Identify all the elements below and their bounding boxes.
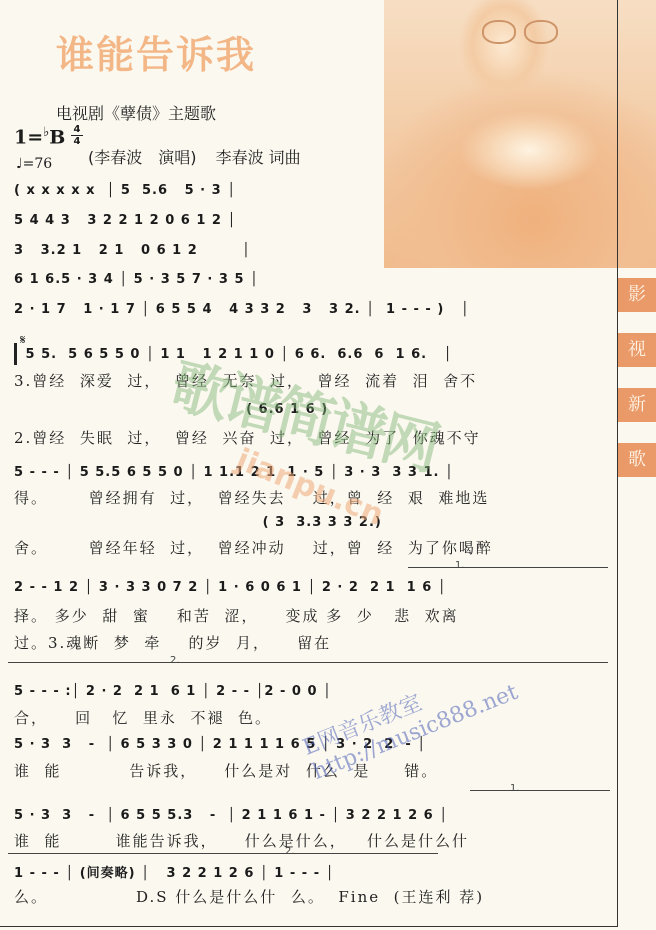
side-tab-ying: 影: [618, 278, 656, 312]
score-line-5: 2 · 1 7 1 · 1 7 │ 6 5 5 4 4 3 3 2 3 3 2.…: [14, 302, 470, 317]
sheet-music-page: 影 视 新 歌 谁能告诉我 电视剧《孽债》主题歌 1=♭B 4 4 ♩=76 (…: [0, 0, 656, 930]
score-line-3: 3 3.2 1 2 1 0 6 1 2 │: [14, 243, 251, 258]
score-line-1: ( x x x x x │ 5 5.6 5 · 3 │: [14, 183, 236, 198]
score-line-10: 2 - - 1 2 │ 3 · 3 3 0 7 2 │ 1 · 6 0 6 1 …: [14, 580, 447, 595]
singer-photo: [384, 0, 656, 268]
tempo-marking: ♩=76: [16, 156, 52, 172]
volta-label-2: 2.: [170, 655, 180, 666]
glasses-right-lens: [524, 20, 558, 44]
key-signature: 1=♭B: [14, 125, 65, 148]
volta-label-4: 2.: [285, 846, 295, 857]
page-frame-bottom: [0, 926, 618, 927]
lyric-line-9: 谁 能 谁能告诉我， 什么是什么， 什么是什么什: [14, 830, 469, 851]
score-line-13: 5 · 3 3 - │ 6 5 5 5.3 - │ 2 1 1 6 1 - │ …: [14, 808, 448, 823]
time-signature-bottom: 4: [71, 135, 83, 147]
volta-label-3: 1.: [510, 783, 520, 794]
score-line-14: 1 - - - │ (间奏略) │ 3 2 2 1 2 6 │ 1 - - - …: [14, 862, 334, 881]
side-tab-shi: 视: [618, 333, 656, 367]
score-line-9: ( 3 3.3 3 3 2.): [14, 515, 382, 530]
lyric-line-7: 合， 回 忆 里永 不褪 色。: [14, 707, 272, 728]
side-tab-ge: 歌: [618, 443, 656, 477]
song-title: 谁能告诉我: [56, 24, 256, 79]
lyric-line-4: 舍。 曾经年轻 过， 曾经冲动 过，曾 经 为了你喝醉: [14, 537, 493, 558]
volta-bracket-2: [8, 662, 608, 663]
volta-bracket-1: [408, 567, 608, 568]
lyric-line-6: 过。3.魂断 梦 牵 的岁 月， 留在: [14, 632, 331, 653]
time-signature-top: 4: [71, 124, 83, 135]
song-subtitle: 电视剧《孽债》主题歌: [56, 101, 216, 124]
score-line-4: 6 1 6.5 · 3 4 │ 5 · 3 5 7 · 3 5 │: [14, 272, 259, 287]
glasses-left-lens: [482, 20, 516, 44]
category-side-tabs: 影 视 新 歌: [618, 278, 656, 498]
side-tab-xin: 新: [618, 388, 656, 422]
credits: (李春波 演唱) 李春波 词曲: [88, 145, 301, 168]
time-signature: 4 4: [71, 124, 83, 147]
lyric-line-3: 得。 曾经拥有 过， 曾经失去 过，曾 经 艰 难地选: [14, 487, 489, 508]
repeat-start-barline: [14, 343, 18, 365]
score-line-2: 5 4 4 3 3 2 2 1 2 0 6 1 2 │: [14, 213, 236, 228]
volta-bracket-4: [8, 853, 438, 854]
segno-icon: 𝄋: [20, 333, 26, 348]
volta-bracket-3: [470, 790, 610, 791]
key-prefix: 1=: [14, 126, 43, 148]
performer-credit: (李春波 演唱): [88, 148, 197, 167]
lyric-line-10: 么。 D.S 什么是什么什 么。 Fine (王连利 荐): [14, 886, 484, 907]
lyric-line-5: 择。 多少 甜 蜜 和苦 涩， 变成 多 少 悲 欢离: [14, 605, 459, 626]
volta-label-1: 1.: [455, 560, 465, 571]
lyric-line-8: 谁 能 告诉我， 什么是对 什么 是 错。: [14, 760, 438, 781]
key-note: B: [49, 126, 65, 148]
composer-credit: 李春波 词曲: [216, 148, 301, 167]
score-line-11: 5 - - - :│ 2 · 2 2 1 6 1 │ 2 - - │2 - 0 …: [14, 684, 332, 699]
